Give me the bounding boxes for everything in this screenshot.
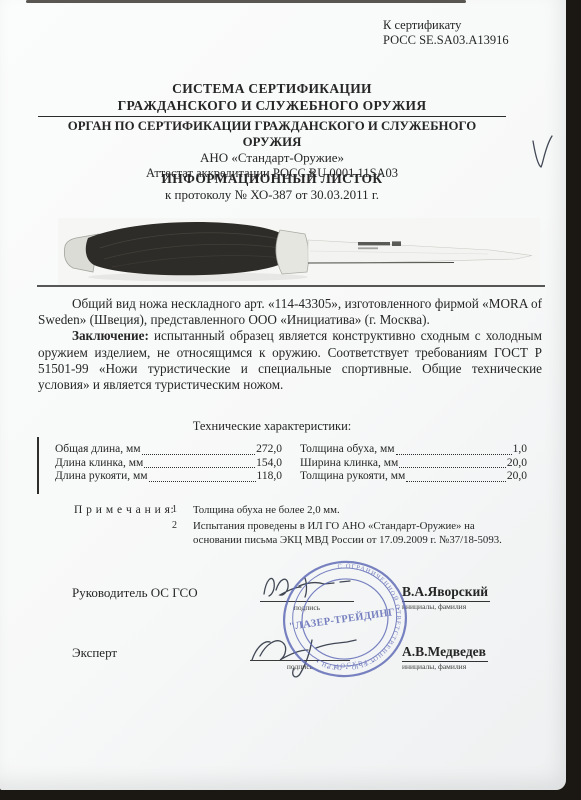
- blade-marking-smudge: [358, 247, 378, 249]
- system-title-line1: СИСТЕМА СЕРТИФИКАЦИИ: [38, 80, 506, 97]
- certificate-number: РОСС SE.SA03.A13916: [383, 33, 509, 48]
- note-text: Толщина обуха не более 2,0 мм.: [193, 503, 524, 517]
- certificate-reference-line1: К сертификату: [383, 18, 509, 33]
- specs-column-right: Толщина обуха, мм 1,0 Ширина клинка, мм …: [300, 443, 527, 484]
- spec-label: Толщина обуха, мм: [300, 443, 395, 457]
- system-title-line2: ГРАЖДАНСКОГО И СЛУЖЕБНОГО ОРУЖИЯ: [38, 97, 506, 114]
- specs-column-left: Общая длина, мм 272,0 Длина клинка, мм 1…: [55, 443, 282, 484]
- signatory-name-head: В.А.Яворский инициалы, фамилия: [402, 583, 490, 611]
- header-divider: [38, 116, 506, 117]
- certificate-reference: К сертификату РОСС SE.SA03.A13916: [383, 18, 509, 48]
- document-title-block: ИНФОРМАЦИОННЫЙ ЛИСТОК к протоколу № ХО-3…: [38, 171, 506, 203]
- blade-maker-logo: [358, 242, 390, 245]
- spec-row: Длина клинка, мм 154,0: [55, 457, 282, 471]
- knife-guard: [276, 230, 309, 274]
- spec-value: 154,0: [256, 457, 282, 471]
- spec-row: Длина рукояти, мм 118,0: [55, 470, 282, 484]
- note-text: Испытания проведены в ИЛ ГО АНО «Стандар…: [193, 519, 524, 547]
- spec-value: 20,0: [507, 470, 527, 484]
- conclusion-label: Заключение:: [72, 328, 149, 343]
- conclusion-paragraph: Заключение: испытанный образец является …: [38, 328, 542, 393]
- stamp-center-text: "ЛАЗЕР-ТРЕЙДИНГ": [288, 605, 401, 633]
- dot-leader: [144, 467, 255, 468]
- spec-label: Общая длина, мм: [55, 443, 141, 457]
- document-title: ИНФОРМАЦИОННЫЙ ЛИСТОК: [38, 171, 506, 187]
- notes-list: 1 Толщина обуха не более 2,0 мм. 2 Испыт…: [172, 503, 524, 549]
- specs-title: Технические характеристики:: [38, 419, 506, 434]
- scanned-document-photo: { "certificate_ref": { "line1": "К серти…: [0, 0, 581, 800]
- notes-label: П р и м е ч а н и я:: [74, 504, 174, 516]
- spec-row: Толщина рукояти, мм 20,0: [300, 470, 527, 484]
- spec-value: 118,0: [257, 470, 282, 484]
- dot-leader: [399, 467, 506, 468]
- dot-leader: [149, 481, 256, 482]
- signatory-name-expert: А.В.Медведев инициалы, фамилия: [402, 643, 488, 671]
- note-number: 2: [172, 519, 193, 547]
- spec-value: 20,0: [507, 457, 527, 471]
- spec-row: Общая длина, мм 272,0: [55, 443, 282, 457]
- spec-value: 272,0: [256, 443, 282, 457]
- dot-leader: [396, 454, 512, 455]
- spec-value: 1,0: [513, 443, 527, 457]
- margin-mark: [37, 437, 39, 494]
- spec-row: Толщина обуха, мм 1,0: [300, 443, 527, 457]
- signatory-role-expert: Эксперт: [72, 645, 117, 661]
- spec-label: Длина клинка, мм: [55, 457, 143, 471]
- dot-leader: [142, 454, 256, 455]
- org-title: ОРГАН ПО СЕРТИФИКАЦИИ ГРАЖДАНСКОГО И СЛУ…: [38, 118, 506, 150]
- note-item: 2 Испытания проведены в ИЛ ГО АНО «Станд…: [172, 519, 524, 547]
- general-description-paragraph: Общий вид ножа нескладного арт. «114-433…: [38, 296, 542, 328]
- name-caption: инициалы, фамилия: [402, 602, 490, 611]
- round-ink-stamp: С ОГРАНИЧЕННОЙ ОТВЕТСТВЕННОСТЬЮ • ОГРН •…: [279, 557, 411, 681]
- blade-maker-logo-mark: [392, 241, 401, 246]
- scan-edge-artifact: [26, 0, 466, 3]
- dot-leader: [406, 481, 506, 482]
- org-name: АНО «Стандарт-Оружие»: [38, 150, 506, 166]
- specs-table: Общая длина, мм 272,0 Длина клинка, мм 1…: [55, 443, 527, 484]
- document-header: СИСТЕМА СЕРТИФИКАЦИИ ГРАЖДАНСКОГО И СЛУЖ…: [38, 80, 506, 181]
- person-name: В.А.Яворский: [402, 584, 490, 602]
- spec-label: Длина рукояти, мм: [55, 470, 148, 484]
- name-caption: инициалы, фамилия: [402, 662, 488, 671]
- knife-handle: [86, 222, 296, 275]
- body-text: Общий вид ножа нескладного арт. «114-433…: [38, 296, 542, 393]
- blade-edge-line: [308, 263, 454, 264]
- spec-row: Ширина клинка, мм 20,0: [300, 457, 527, 471]
- document-page: К сертификату РОСС SE.SA03.A13916 СИСТЕМ…: [0, 0, 566, 790]
- spec-label: Ширина клинка, мм: [300, 457, 398, 471]
- spec-label: Толщина рукояти, мм: [300, 470, 405, 484]
- note-number: 1: [172, 503, 193, 517]
- note-item: 1 Толщина обуха не более 2,0 мм.: [172, 503, 524, 517]
- handwritten-checkmark: [528, 134, 558, 174]
- knife-photo: [58, 218, 540, 286]
- protocol-reference: к протоколу № ХО-387 от 30.03.2011 г.: [38, 187, 506, 203]
- signatory-role-head: Руководитель ОС ГСО: [72, 585, 198, 601]
- person-name: А.В.Медведев: [402, 644, 488, 662]
- photo-divider: [37, 285, 545, 287]
